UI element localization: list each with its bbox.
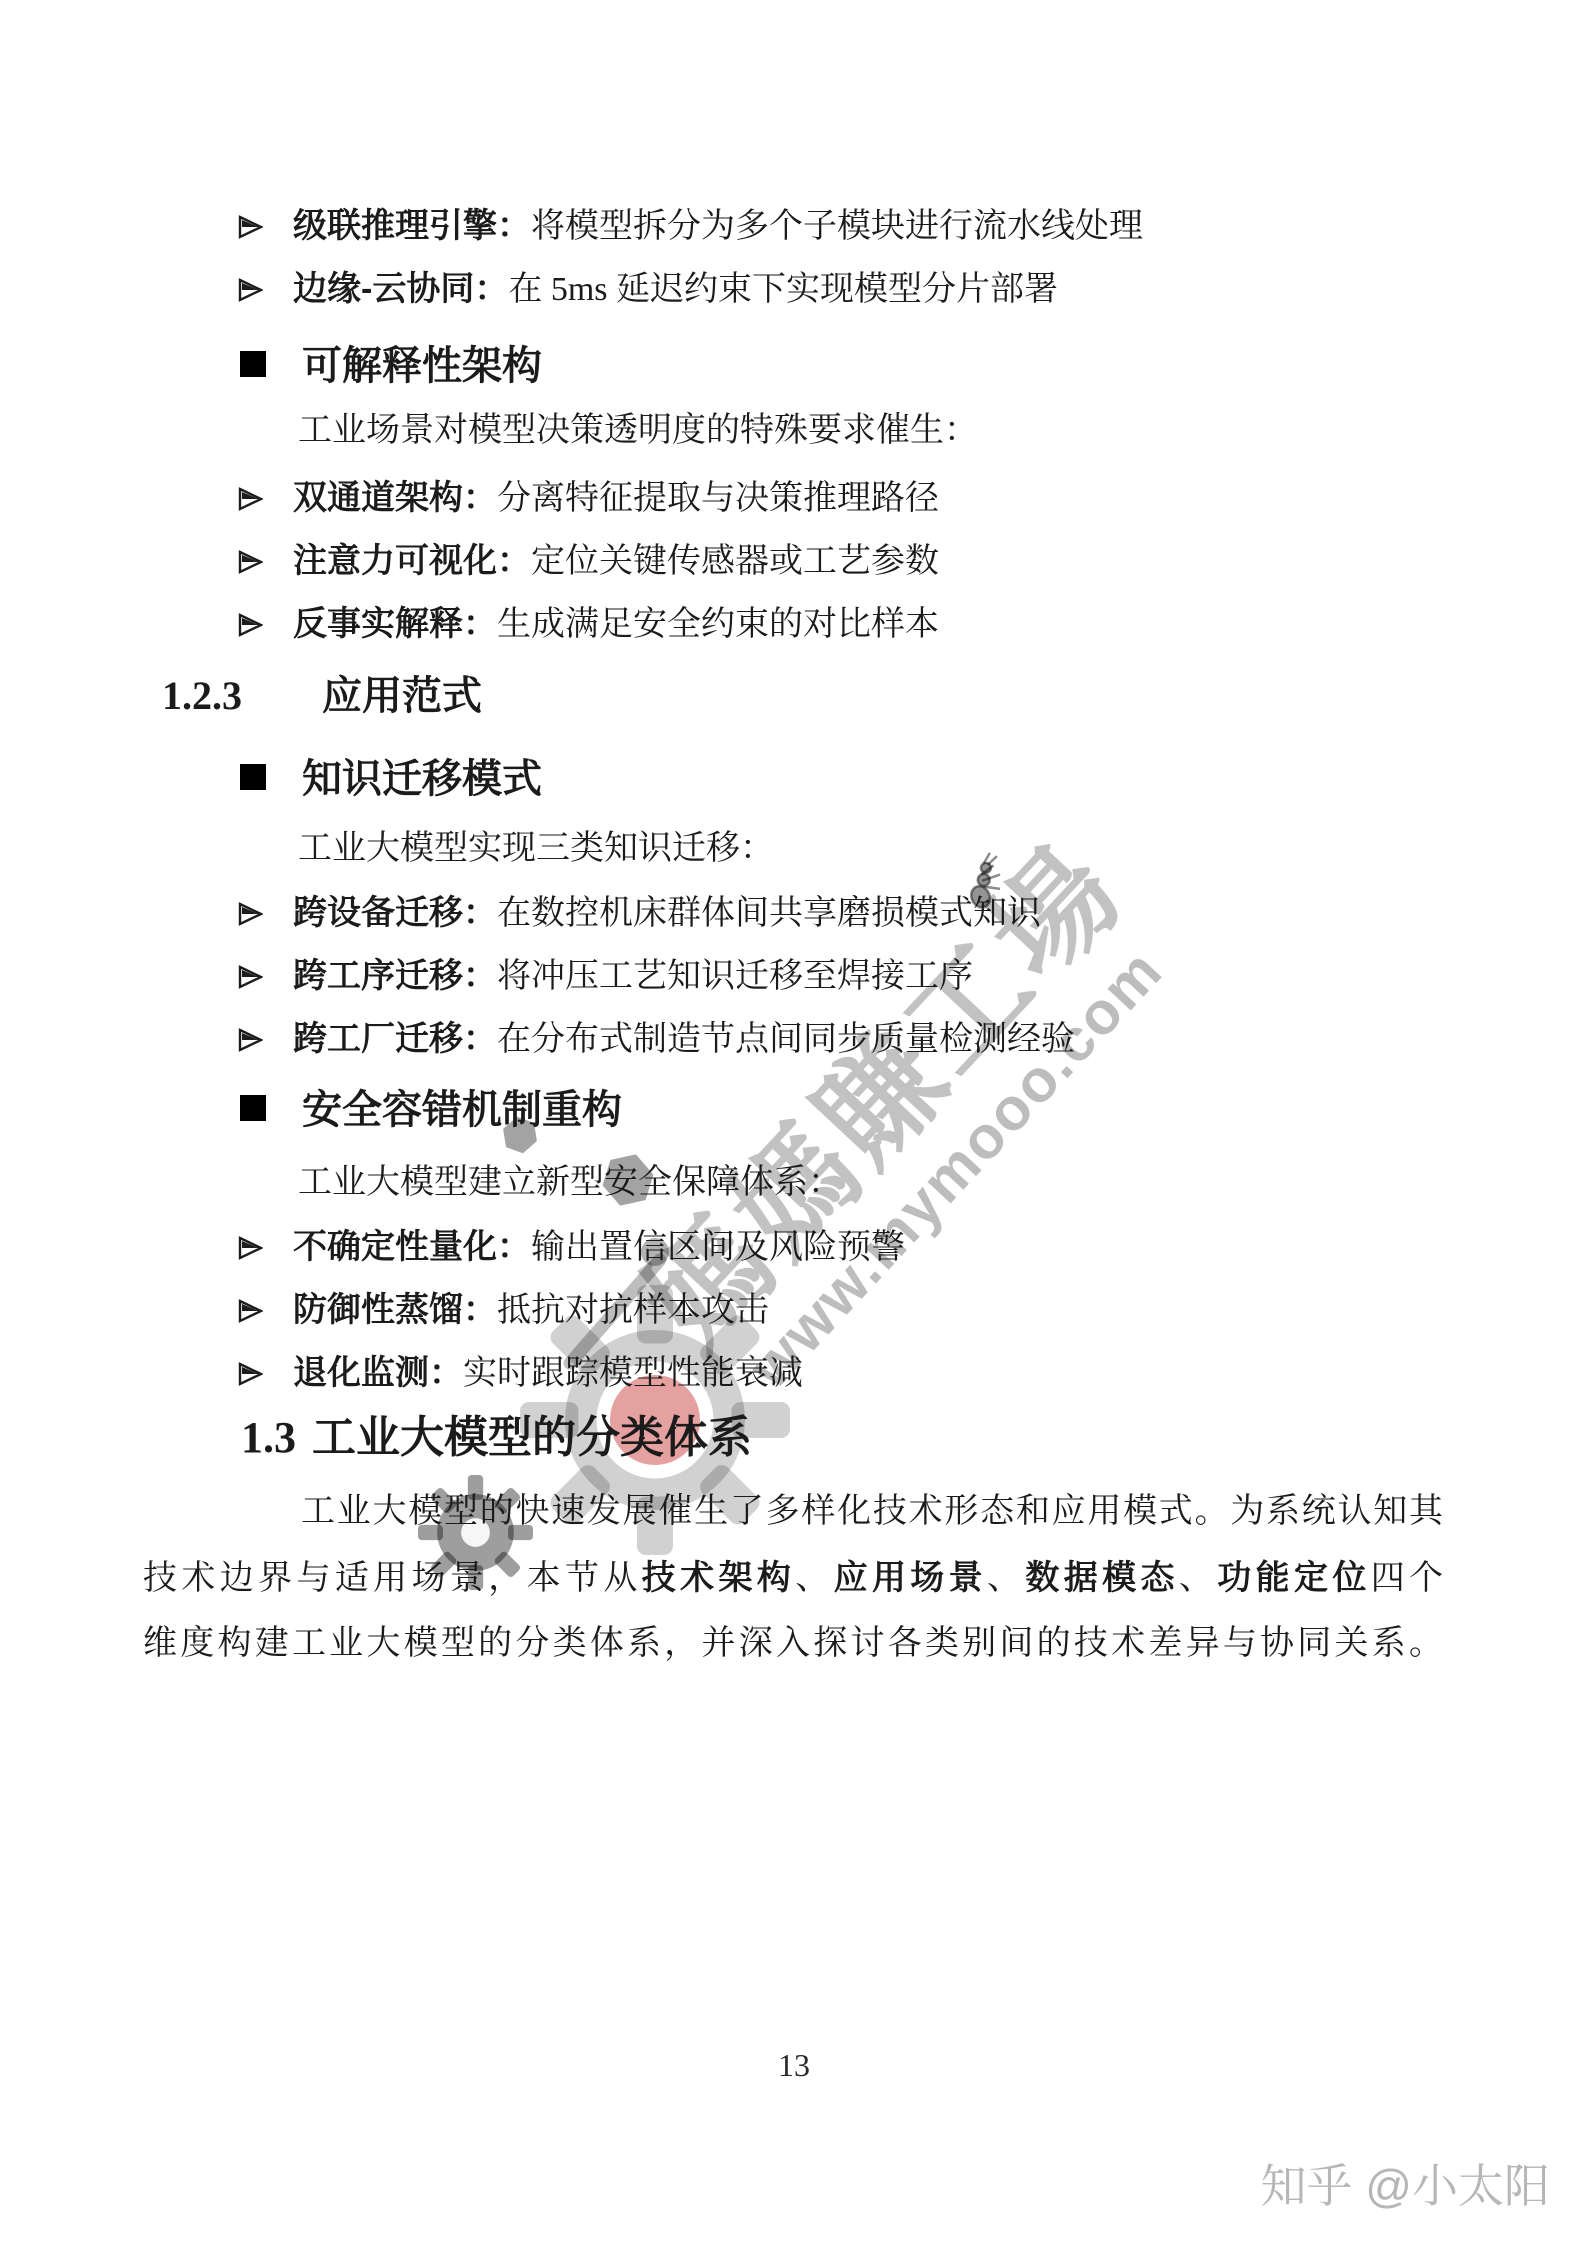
arrow-bullet-icon — [237, 214, 263, 240]
bullet-lead: 注意力可视化： — [293, 542, 531, 580]
text-run: 工业大模型的快速发展催生了多样化技术形态和应用模式。为系统认知其 — [301, 1493, 1443, 1530]
text-run: 技术边界与适用场景，本节从 — [143, 1560, 642, 1597]
text-run: 数据模态 — [1025, 1559, 1178, 1597]
bullet-lead: 双通道架构： — [293, 479, 497, 517]
bullet-text: 分离特征提取与决策推理路径 — [497, 480, 939, 517]
bullet-item: 双通道架构：分离特征提取与决策推理路径 — [237, 475, 939, 522]
subsection-heading-label: 知识迁移模式 — [302, 757, 542, 801]
arrow-bullet-icon — [237, 1361, 263, 1387]
subsection-heading-label: 安全容错机制重构 — [302, 1088, 622, 1132]
text-run: 功能定位 — [1217, 1559, 1370, 1597]
subsection-heading: 安全容错机制重构 — [240, 1086, 622, 1134]
page-number: 13 — [0, 2047, 1588, 2084]
bullet-text: 将模型拆分为多个子模块进行流水线处理 — [531, 208, 1143, 245]
bullet-item: 退化监测：实时跟踪模型性能衰减 — [237, 1350, 803, 1397]
square-bullet-icon — [240, 764, 266, 790]
subsection-heading-label: 可解释性架构 — [302, 344, 542, 388]
section-heading-13: 1.3工业大模型的分类体系 — [241, 1412, 752, 1464]
bullet-item: 跨工序迁移：将冲压工艺知识迁移至焊接工序 — [237, 953, 973, 1000]
bullet-lead: 防御性蒸馏： — [293, 1291, 497, 1329]
text-run: 四个 — [1371, 1560, 1443, 1597]
bullet-text: 在 5ms 延迟约束下实现模型分片部署 — [508, 271, 1058, 308]
section-title: 应用范式 — [322, 674, 482, 718]
bullet-item: 注意力可视化：定位关键传感器或工艺参数 — [237, 538, 939, 585]
bullet-lead: 级联推理引擎： — [293, 207, 531, 245]
section-number: 1.2.3 — [162, 673, 242, 718]
arrow-bullet-icon — [237, 1027, 263, 1053]
arrow-bullet-icon — [237, 901, 263, 927]
bullet-lead: 跨工厂迁移： — [293, 1020, 497, 1058]
text-run: 应用场景 — [834, 1559, 987, 1597]
bullet-text: 在分布式制造节点间同步质量检测经验 — [497, 1021, 1075, 1058]
bullet-lead: 反事实解释： — [293, 605, 497, 643]
bullet-lead: 跨设备迁移： — [293, 894, 497, 932]
bullet-text: 将冲压工艺知识迁移至焊接工序 — [497, 958, 973, 995]
bullet-item: 跨设备迁移：在数控机床群体间共享磨损模式知识 — [237, 890, 1041, 937]
bullet-lead: 边缘-云协同： — [293, 270, 508, 308]
arrow-bullet-icon — [237, 277, 263, 303]
text-run: 维度构建工业大模型的分类体系，并深入探讨各类别间的技术差异与协同关系。 — [143, 1625, 1443, 1662]
text-run: 、 — [987, 1560, 1025, 1597]
text-run: 、 — [795, 1560, 833, 1597]
arrow-bullet-icon — [237, 1235, 263, 1261]
paragraph-line: 工业大模型的快速发展催生了多样化技术形态和应用模式。为系统认知其 — [143, 1479, 1443, 1545]
bullet-text: 输出置信区间及风险预警 — [531, 1229, 905, 1266]
zhihu-credit: 知乎 @小太阳 — [1261, 2150, 1550, 2216]
bullet-item: 级联推理引擎：将模型拆分为多个子模块进行流水线处理 — [237, 203, 1143, 250]
subsection-heading: 可解释性架构 — [240, 342, 542, 390]
paragraph-line: 维度构建工业大模型的分类体系，并深入探讨各类别间的技术差异与协同关系。 — [143, 1611, 1443, 1677]
intro-paragraph: 工业大模型实现三类知识迁移： — [298, 826, 774, 872]
bullet-text: 抵抗对抗样本攻击 — [497, 1292, 769, 1329]
subsection-heading: 知识迁移模式 — [240, 755, 542, 803]
bullet-item: 不确定性量化：输出置信区间及风险预警 — [237, 1224, 905, 1271]
bullet-text: 生成满足安全约束的对比样本 — [497, 606, 939, 643]
document-page: 媽媽賺工場 www.mymooo.com — [0, 0, 1588, 2245]
bullet-item: 防御性蒸馏：抵抗对抗样本攻击 — [237, 1287, 769, 1334]
intro-paragraph: 工业大模型建立新型安全保障体系： — [298, 1160, 842, 1206]
square-bullet-icon — [240, 351, 266, 377]
bullet-item: 反事实解释：生成满足安全约束的对比样本 — [237, 601, 939, 648]
closing-paragraph: 工业大模型的快速发展催生了多样化技术形态和应用模式。为系统认知其 技术边界与适用… — [143, 1479, 1443, 1677]
bullet-lead: 不确定性量化： — [293, 1228, 531, 1266]
bullet-text: 定位关键传感器或工艺参数 — [531, 543, 939, 580]
section-title: 工业大模型的分类体系 — [312, 1413, 752, 1462]
section-heading-123: 1.2.3应用范式 — [162, 672, 482, 720]
arrow-bullet-icon — [237, 964, 263, 990]
arrow-bullet-icon — [237, 1298, 263, 1324]
bullet-item: 边缘-云协同：在 5ms 延迟约束下实现模型分片部署 — [237, 266, 1058, 313]
arrow-bullet-icon — [237, 549, 263, 575]
text-run: 技术架构 — [642, 1559, 795, 1597]
bullet-lead: 跨工序迁移： — [293, 957, 497, 995]
document-content: 级联推理引擎：将模型拆分为多个子模块进行流水线处理 边缘-云协同：在 5ms 延… — [0, 0, 1588, 2245]
bullet-text: 实时跟踪模型性能衰减 — [463, 1355, 803, 1392]
bullet-item: 跨工厂迁移：在分布式制造节点间同步质量检测经验 — [237, 1016, 1075, 1063]
arrow-bullet-icon — [237, 612, 263, 638]
square-bullet-icon — [240, 1095, 266, 1121]
bullet-text: 在数控机床群体间共享磨损模式知识 — [497, 895, 1041, 932]
intro-paragraph: 工业场景对模型决策透明度的特殊要求催生： — [298, 408, 978, 454]
arrow-bullet-icon — [237, 486, 263, 512]
section-number: 1.3 — [241, 1413, 296, 1462]
paragraph-line: 技术边界与适用场景，本节从技术架构、应用场景、数据模态、功能定位四个 — [143, 1545, 1443, 1611]
text-run: 、 — [1179, 1560, 1217, 1597]
bullet-lead: 退化监测： — [293, 1354, 463, 1392]
